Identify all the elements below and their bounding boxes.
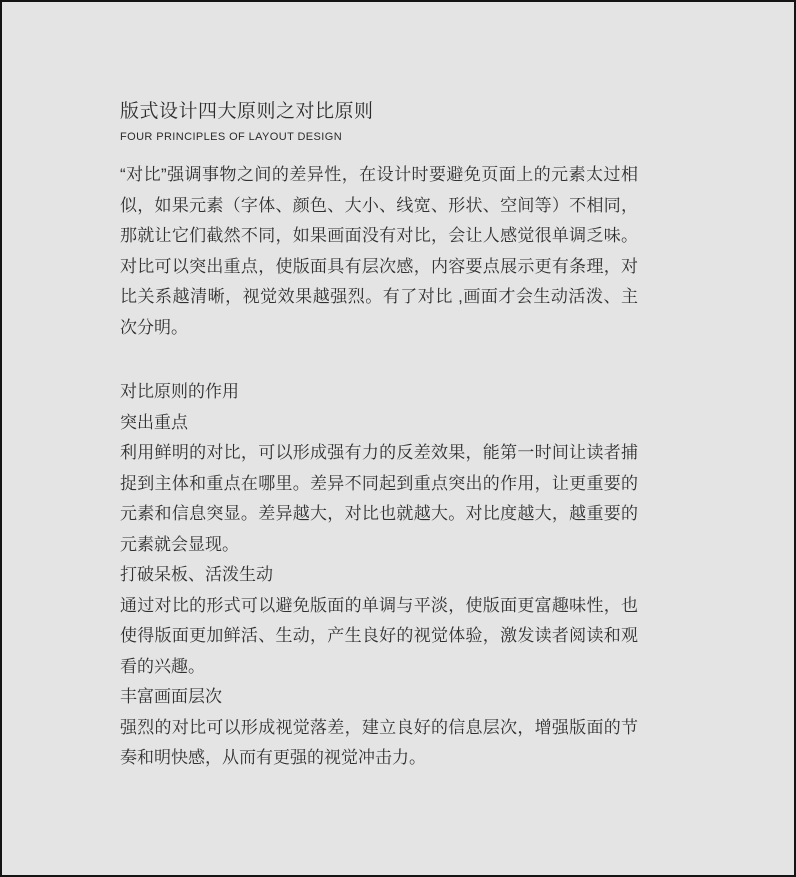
section-body: 通过对比的形式可以避免版面的单调与平淡，使版面更富趣味性，也使得版面更加鲜活、生… [120, 591, 638, 683]
intro-paragraph: “对比”强调事物之间的差异性，在设计时要避免页面上的元素太过相似，如果元素（字体… [120, 160, 638, 343]
section-body: 强烈的对比可以形成视觉落差，建立良好的信息层次，增强版面的节奏和明快感，从而有更… [120, 713, 638, 774]
section-item-highlight: 突出重点 利用鲜明的对比，可以形成强有力的反差效果，能第一时间让读者捕捉到主体和… [120, 408, 638, 561]
section-subheading: 突出重点 [120, 408, 638, 439]
page-subtitle: FOUR PRINCIPLES OF LAYOUT DESIGN [120, 130, 638, 145]
section-item-layers: 丰富画面层次 强烈的对比可以形成视觉落差，建立良好的信息层次，增强版面的节奏和明… [120, 682, 638, 774]
section-item-lively: 打破呆板、活泼生动 通过对比的形式可以避免版面的单调与平淡，使版面更富趣味性，也… [120, 560, 638, 682]
section-subheading: 丰富画面层次 [120, 682, 638, 713]
section-body: 利用鲜明的对比，可以形成强有力的反差效果，能第一时间让读者捕捉到主体和重点在哪里… [120, 438, 638, 560]
section-subheading: 打破呆板、活泼生动 [120, 560, 638, 591]
section-heading: 对比原则的作用 [120, 377, 638, 408]
page-title: 版式设计四大原则之对比原则 [120, 99, 638, 125]
article: 版式设计四大原则之对比原则 FOUR PRINCIPLES OF LAYOUT … [120, 99, 638, 774]
page-canvas: 版式设计四大原则之对比原则 FOUR PRINCIPLES OF LAYOUT … [0, 0, 796, 877]
